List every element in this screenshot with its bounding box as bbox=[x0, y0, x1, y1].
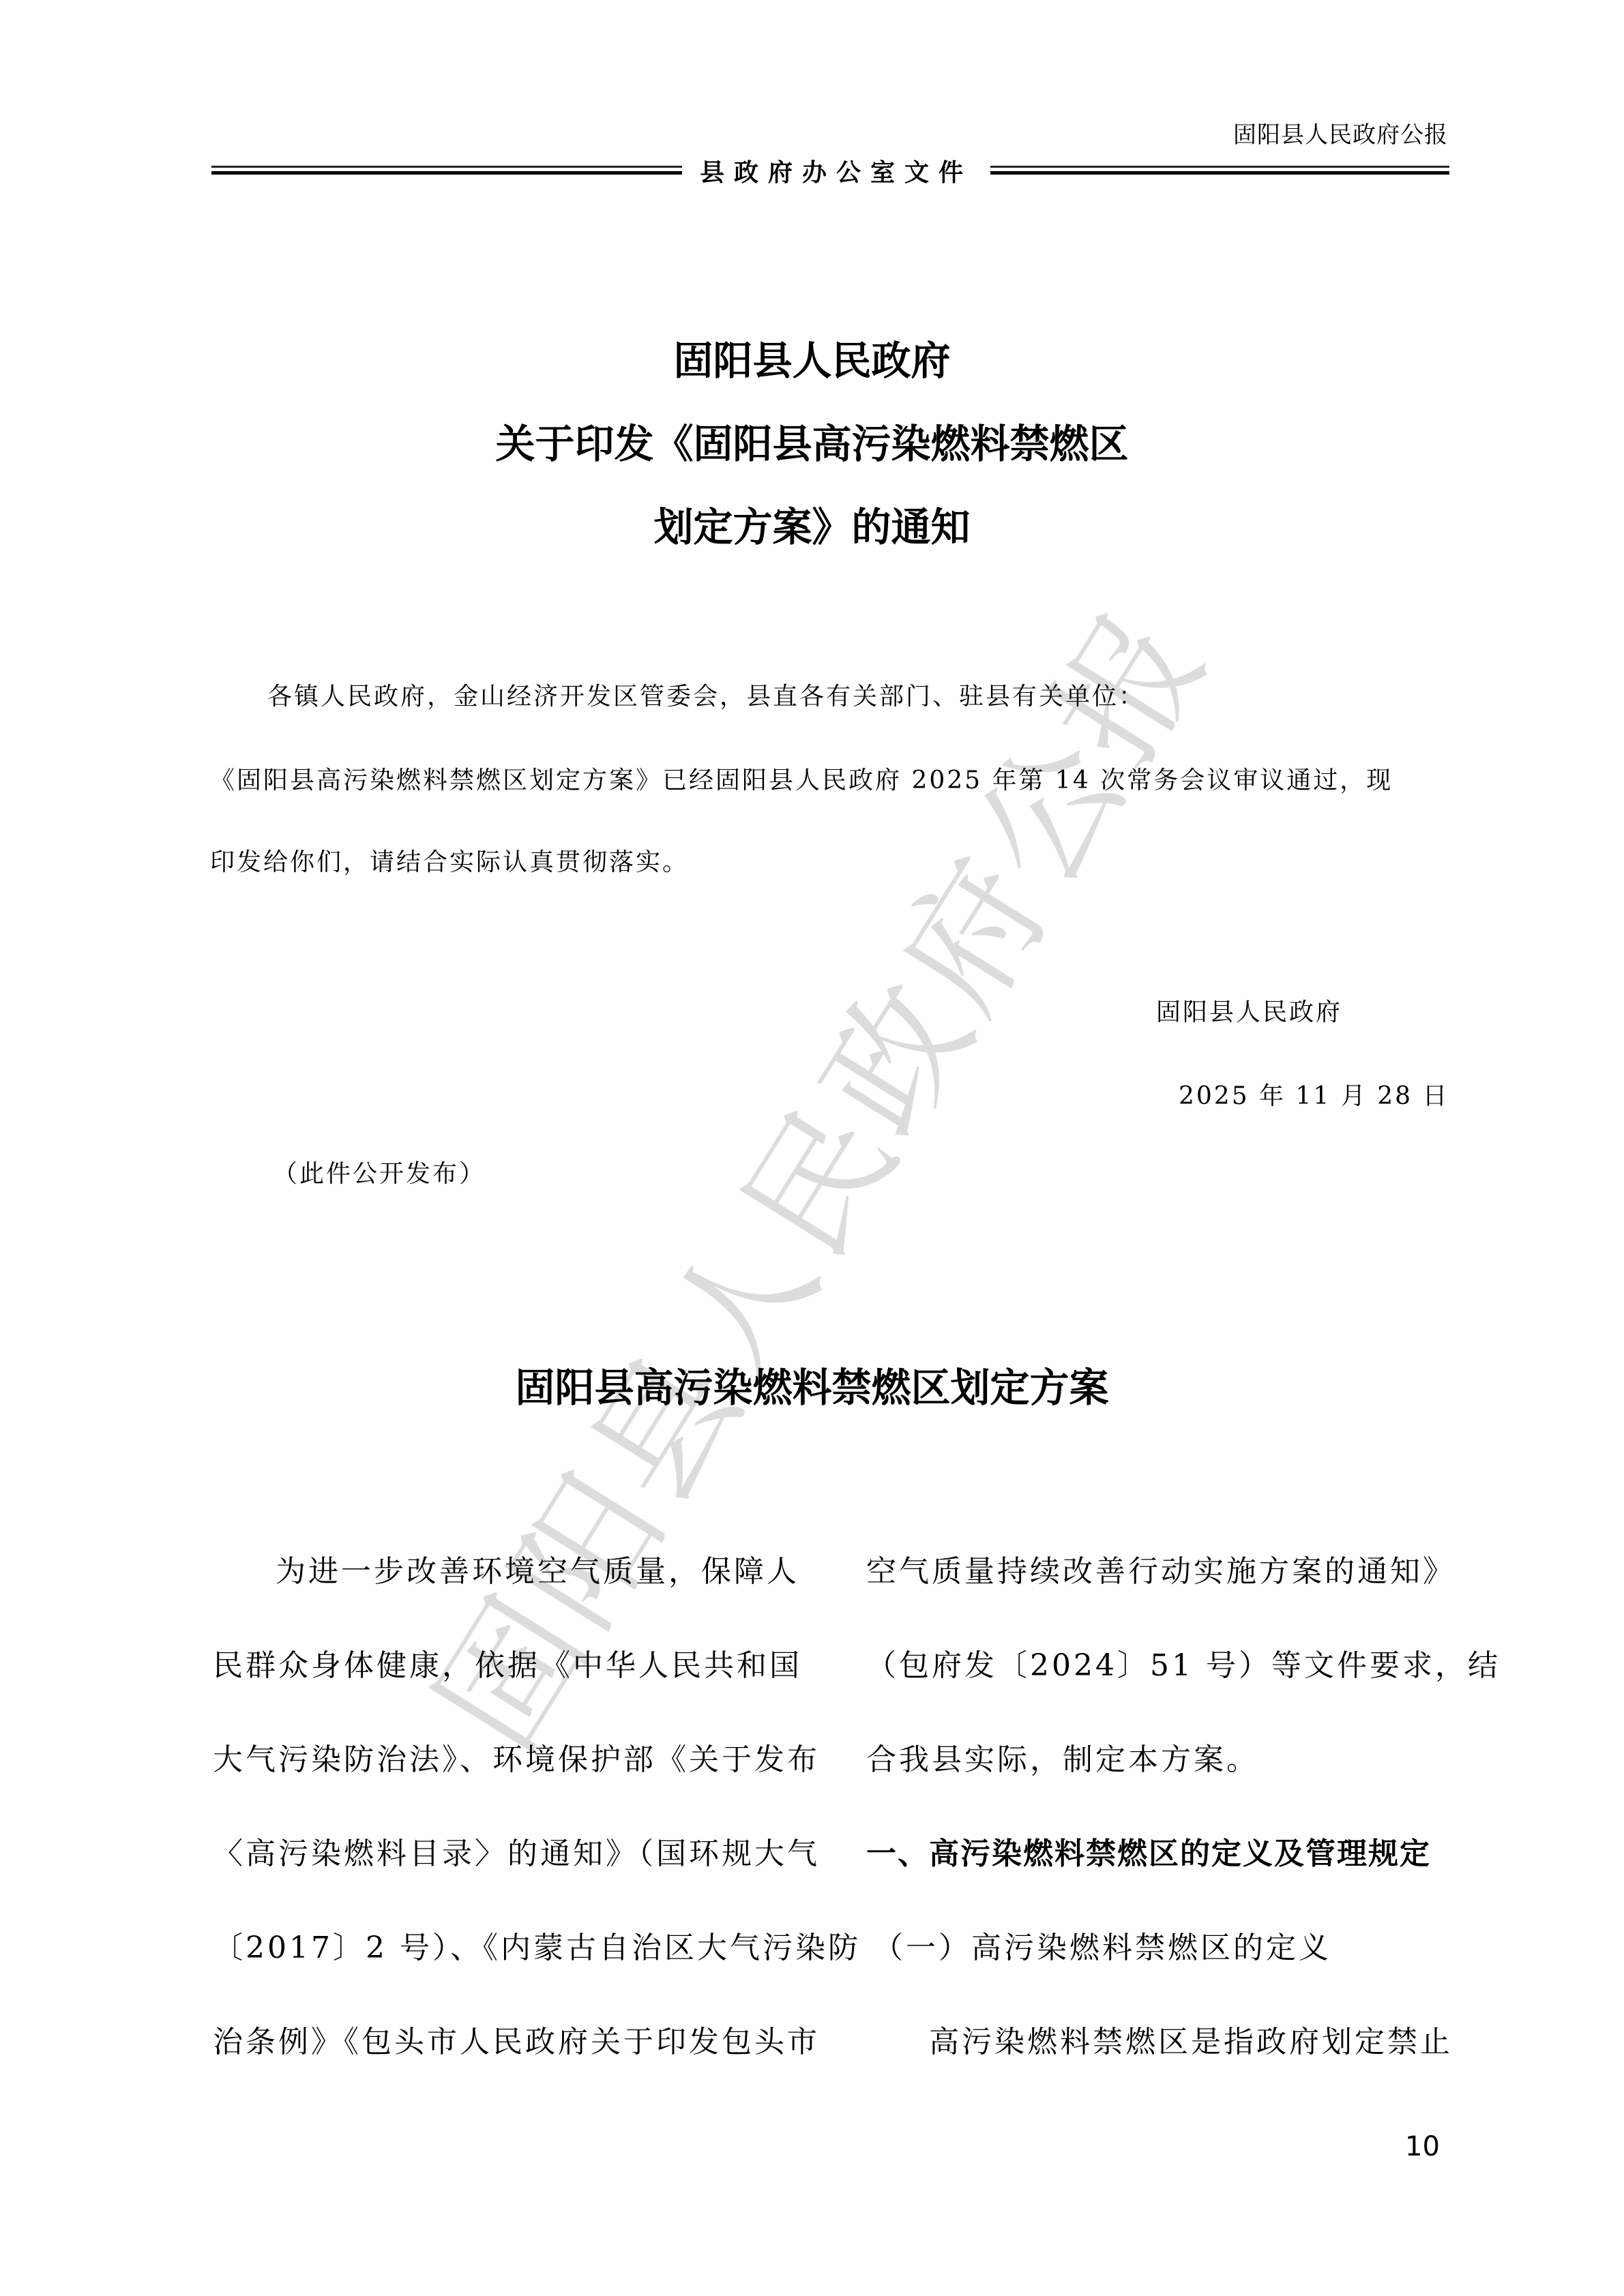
header-rule-thick bbox=[990, 171, 1449, 175]
header-rule-thin bbox=[211, 166, 682, 168]
plan-right-column: 空气质量持续改善行动实施方案的通知》 （包府发〔2024〕51 号）等文件要求，… bbox=[866, 1525, 1501, 2089]
notice-body-line: 印发给你们，请结合实际认真贯彻落实。 bbox=[210, 822, 689, 904]
header-rule-left bbox=[211, 166, 682, 177]
addressee: 各镇人民政府，金山经济开发区管委会，县直各有关部门、驻县有关单位： bbox=[267, 656, 1145, 738]
paragraph-line: 为进一步改善环境空气质量，保障人 bbox=[213, 1525, 861, 1619]
paragraph-line: 〈高污染燃料目录〉的通知》（国环规大气 bbox=[213, 1807, 861, 1901]
paragraph-line: 民群众身体健康，依据《中华人民共和国 bbox=[213, 1619, 861, 1713]
section-heading-1-1: （一）高污染燃料禁燃区的定义 bbox=[866, 1901, 1501, 1995]
paragraph-line: 治条例》《包头市人民政府关于印发包头市 bbox=[213, 1995, 861, 2089]
section-heading-1: 一、高污染燃料禁燃区的定义及管理规定 bbox=[866, 1807, 1501, 1901]
paragraph-line: 大气污染防治法》、环境保护部《关于发布 bbox=[213, 1713, 861, 1807]
public-release-note: （此件公开发布） bbox=[273, 1133, 486, 1215]
paragraph-line: 合我县实际，制定本方案。 bbox=[866, 1713, 1501, 1807]
plan-title: 固阳县高污染燃料禁燃区划定方案 bbox=[0, 1360, 1624, 1415]
notice-title: 固阳县人民政府 关于印发《固阳县高污染燃料禁燃区 划定方案》的通知 bbox=[0, 319, 1624, 569]
notice-title-line: 划定方案》的通知 bbox=[0, 486, 1624, 569]
header-rule-right bbox=[990, 166, 1449, 177]
running-head: 固阳县人民政府公报 bbox=[1233, 116, 1448, 149]
notice-body-line: 《固阳县高污染燃料禁燃区划定方案》已经固阳县人民政府 2025 年第 14 次常… bbox=[210, 740, 1393, 822]
paragraph-line: 高污染燃料禁燃区是指政府划定禁止 bbox=[866, 1995, 1501, 2089]
office-label: 县政府办公室文件 bbox=[682, 153, 990, 188]
signature-org: 固阳县人民政府 bbox=[1156, 972, 1342, 1054]
header-rule-thick bbox=[211, 171, 682, 175]
paragraph-line: 〔2017〕2 号）、《内蒙古自治区大气污染防 bbox=[213, 1901, 861, 1995]
header-rule-thin bbox=[990, 166, 1449, 168]
notice-title-line: 固阳县人民政府 bbox=[0, 319, 1624, 402]
plan-left-column: 为进一步改善环境空气质量，保障人 民群众身体健康，依据《中华人民共和国 大气污染… bbox=[213, 1525, 861, 2089]
page-number: 10 bbox=[1405, 2131, 1440, 2162]
paragraph-line: 空气质量持续改善行动实施方案的通知》 bbox=[866, 1525, 1501, 1619]
notice-title-line: 关于印发《固阳县高污染燃料禁燃区 bbox=[0, 402, 1624, 486]
paragraph-line: （包府发〔2024〕51 号）等文件要求，结 bbox=[866, 1619, 1501, 1713]
signature-date: 2025 年 11 月 28 日 bbox=[1179, 1056, 1449, 1137]
